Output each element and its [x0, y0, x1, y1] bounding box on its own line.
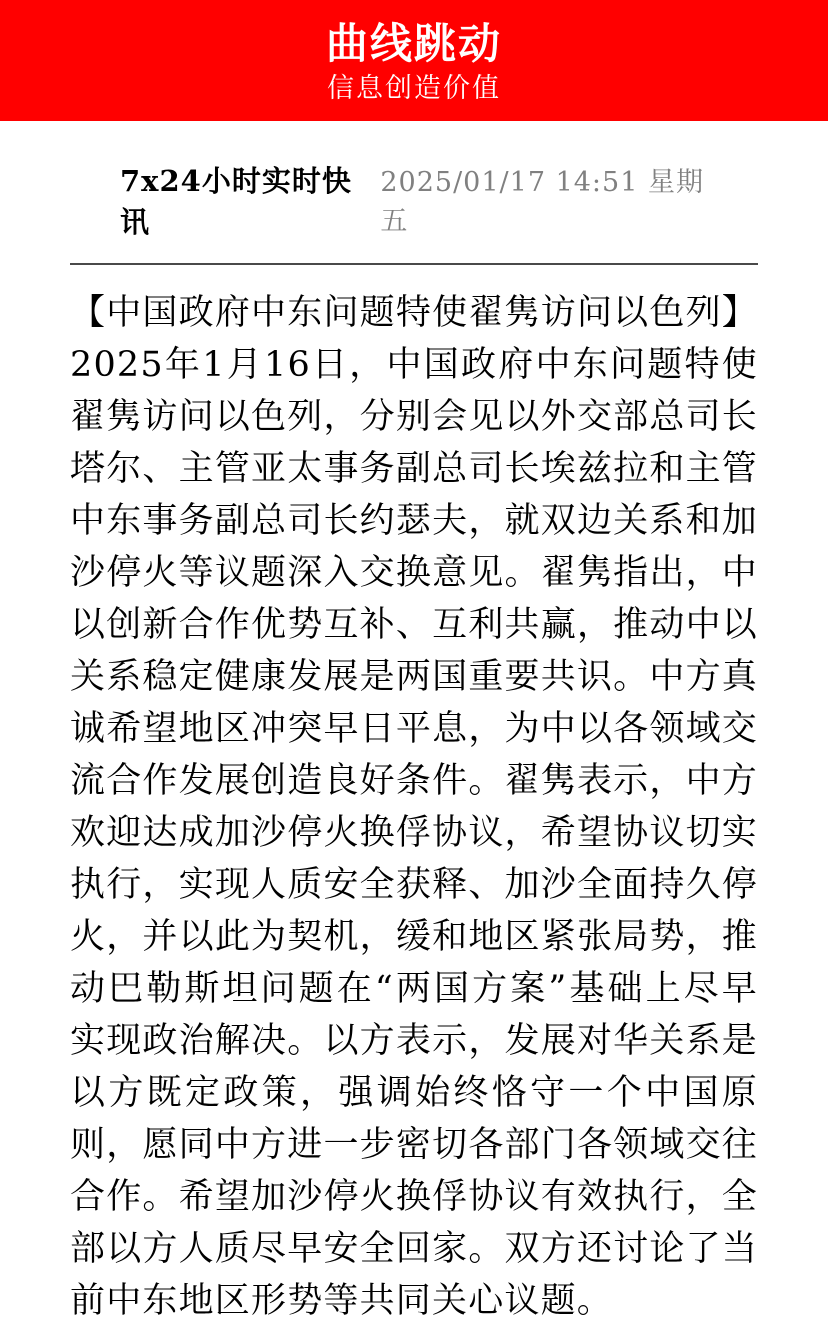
- article-container: 【中国政府中东问题特使翟隽访问以色列】2025年1月16日，中国政府中东问题特使…: [0, 265, 828, 1327]
- article-headline: 【中国政府中东问题特使翟隽访问以色列】: [70, 293, 758, 333]
- meta-row: 7x24小时实时快讯 2025/01/17 14:51 星期五: [0, 159, 828, 241]
- brand-title: 曲线跳动: [0, 0, 828, 68]
- channel-label: 7x24小时实时快讯: [120, 159, 380, 241]
- article-paragraph: 【中国政府中东问题特使翟隽访问以色列】2025年1月16日，中国政府中东问题特使…: [70, 287, 758, 1327]
- article-body: 2025年1月16日，中国政府中东问题特使翟隽访问以色列，分别会见以外交部总司长…: [70, 345, 758, 1321]
- datetime-label: 2025/01/17 14:51 星期五: [380, 160, 730, 238]
- brand-slogan: 信息创造价值: [0, 72, 828, 106]
- header-banner: 曲线跳动 信息创造价值: [0, 0, 828, 121]
